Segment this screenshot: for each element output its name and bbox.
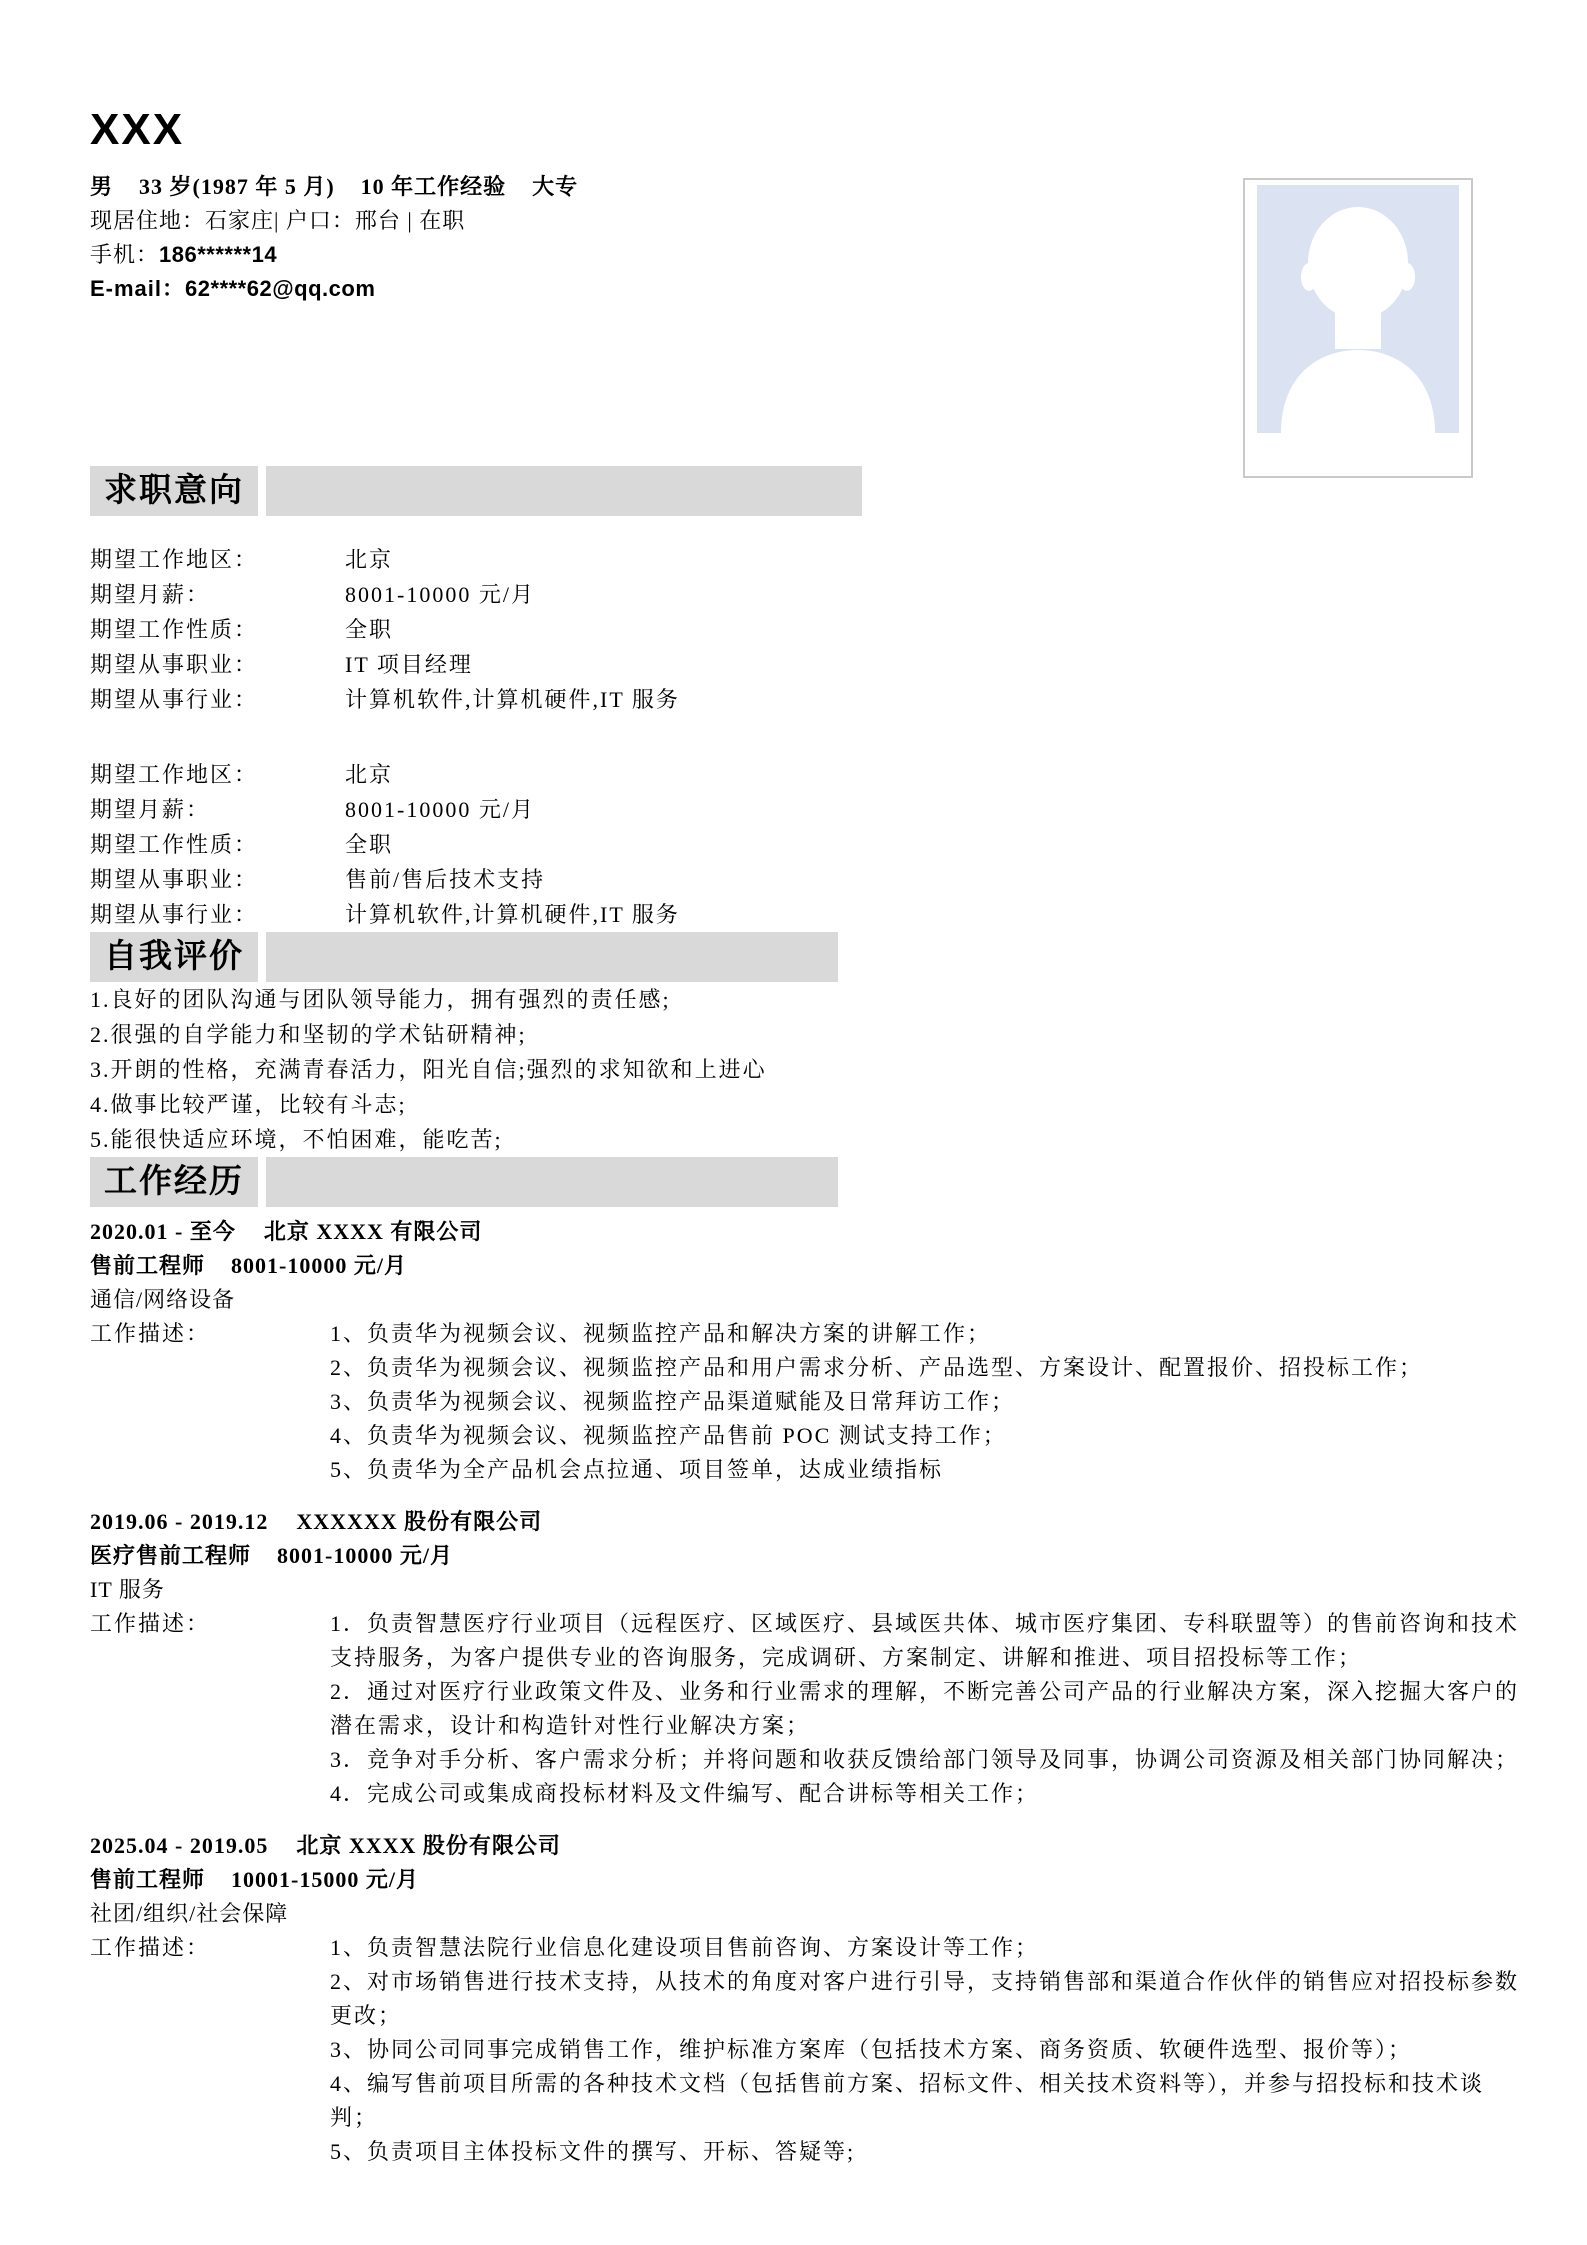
intent-value: 8001-10000 元/月 — [345, 582, 535, 607]
job-period: 2019.06 - 2019.12 — [90, 1509, 268, 1534]
job-period: 2020.01 - 至今 — [90, 1219, 236, 1244]
intent-row: 期望从事行业：计算机软件,计算机硬件,IT 服务 — [90, 897, 1522, 932]
intent-value: 北京 — [345, 762, 393, 787]
email-label: E-mail： — [90, 276, 185, 301]
job-period-company: 2020.01 - 至今北京 XXXX 有限公司 — [90, 1215, 1522, 1249]
job-duty: 3、协同公司同事完成销售工作，维护标准方案库（包括技术方案、商务资质、软硬件选型… — [330, 2033, 1522, 2067]
section-title-work-experience: 工作经历 — [90, 1157, 258, 1207]
intent-row: 期望工作地区：北京 — [90, 757, 1522, 792]
job-description: 工作描述： 1．负责智慧医疗行业项目（远程医疗、区域医疗、县域医共体、城市医疗集… — [90, 1607, 1522, 1811]
job-period: 2025.04 - 2019.05 — [90, 1833, 268, 1858]
candidate-name: XXX — [90, 106, 1522, 154]
job-duty: 1．负责智慧医疗行业项目（远程医疗、区域医疗、县域医共体、城市医疗集团、专科联盟… — [330, 1607, 1522, 1675]
phone-value: 186******14 — [159, 242, 277, 267]
job-description: 工作描述： 1、负责智慧法院行业信息化建设项目售前咨询、方案设计等工作； 2、对… — [90, 1931, 1522, 2169]
job-duty: 5、负责项目主体投标文件的撰写、开标、答疑等; — [330, 2135, 1522, 2169]
phone-label: 手机： — [90, 242, 159, 267]
intent-row: 期望工作性质：全职 — [90, 827, 1522, 862]
intent-row: 期望工作地区：北京 — [90, 542, 1522, 577]
job-industry: 通信/网络设备 — [90, 1283, 1522, 1317]
photo-background — [1257, 185, 1459, 433]
intent-label: 期望从事职业： — [90, 647, 345, 682]
person-silhouette-icon — [1257, 185, 1459, 433]
intent-label: 期望从事职业： — [90, 862, 345, 897]
job-duties: 1、负责华为视频会议、视频监控产品和解决方案的讲解工作； 2、负责华为视频会议、… — [330, 1317, 1522, 1487]
section-title-self-evaluation: 自我评价 — [90, 932, 258, 982]
section-header-work-experience: 工作经历 — [90, 1157, 838, 1207]
intent-label: 期望工作性质： — [90, 612, 345, 647]
intent-value: 8001-10000 元/月 — [345, 797, 535, 822]
job-duty: 3、负责华为视频会议、视频监控产品渠道赋能及日常拜访工作； — [330, 1385, 1522, 1419]
job-duty: 3．竞争对手分析、客户需求分析；并将问题和收获反馈给部门领导及同事，协调公司资源… — [330, 1743, 1522, 1777]
self-evaluation-item: 1.良好的团队沟通与团队领导能力，拥有强烈的责任感; — [90, 982, 1522, 1017]
intent-value: 全职 — [345, 617, 393, 642]
self-evaluation-item: 4.做事比较严谨，比较有斗志; — [90, 1087, 1522, 1122]
self-evaluation-item: 2.很强的自学能力和坚韧的学术钻研精神; — [90, 1017, 1522, 1052]
job-duty: 4、编写售前项目所需的各种技术文档（包括售前方案、招标文件、相关技术资料等），并… — [330, 2067, 1522, 2135]
section-header-self-evaluation: 自我评价 — [90, 932, 838, 982]
intent-value: 计算机软件,计算机硬件,IT 服务 — [345, 687, 680, 712]
job-duty: 4、负责华为视频会议、视频监控产品售前 POC 测试支持工作； — [330, 1419, 1522, 1453]
job-intent-block-1: 期望工作地区：北京 期望月薪：8001-10000 元/月 期望工作性质：全职 … — [90, 542, 1522, 717]
intent-row: 期望月薪：8001-10000 元/月 — [90, 577, 1522, 612]
job-salary: 10001-15000 元/月 — [231, 1867, 419, 1892]
intent-label: 期望工作性质： — [90, 827, 345, 862]
job-period-company: 2019.06 - 2019.12XXXXXX 股份有限公司 — [90, 1505, 1522, 1539]
job-duties: 1．负责智慧医疗行业项目（远程医疗、区域医疗、县域医共体、城市医疗集团、专科联盟… — [330, 1607, 1522, 1811]
job-duty: 5、负责华为全产品机会点拉通、项目签单，达成业绩指标 — [330, 1453, 1522, 1487]
intent-row: 期望从事职业：售前/售后技术支持 — [90, 862, 1522, 897]
section-header-bar — [266, 1157, 838, 1207]
intent-value: 售前/售后技术支持 — [345, 867, 545, 892]
intent-value: 全职 — [345, 832, 393, 857]
job-duty: 2、负责华为视频会议、视频监控产品和用户需求分析、产品选型、方案设计、配置报价、… — [330, 1351, 1522, 1385]
job-industry: 社团/组织/社会保障 — [90, 1897, 1522, 1931]
job-title-salary: 售前工程师8001-10000 元/月 — [90, 1249, 1522, 1283]
intent-value: IT 项目经理 — [345, 652, 473, 677]
job-duty: 2．通过对医疗行业政策文件及、业务和行业需求的理解，不断完善公司产品的行业解决方… — [330, 1675, 1522, 1743]
job-intent-block-2: 期望工作地区：北京 期望月薪：8001-10000 元/月 期望工作性质：全职 … — [90, 757, 1522, 932]
job-title-salary: 售前工程师10001-15000 元/月 — [90, 1863, 1522, 1897]
job-duty: 2、对市场销售进行技术支持，从技术的角度对客户进行引导，支持销售部和渠道合作伙伴… — [330, 1965, 1522, 2033]
self-evaluation-list: 1.良好的团队沟通与团队领导能力，拥有强烈的责任感; 2.很强的自学能力和坚韧的… — [90, 982, 1522, 1157]
job-salary: 8001-10000 元/月 — [277, 1543, 453, 1568]
job-salary: 8001-10000 元/月 — [231, 1253, 407, 1278]
intent-row: 期望从事职业：IT 项目经理 — [90, 647, 1522, 682]
intent-row: 期望工作性质：全职 — [90, 612, 1522, 647]
self-evaluation-item: 3.开朗的性格，充满青春活力，阳光自信;强烈的求知欲和上进心 — [90, 1052, 1522, 1087]
job-duty: 1、负责华为视频会议、视频监控产品和解决方案的讲解工作； — [330, 1317, 1522, 1351]
job-description-label: 工作描述： — [90, 1931, 330, 2169]
resume-page: { "page": { "background": "#ffffff", "te… — [0, 0, 1587, 2245]
email-value: 62****62@qq.com — [185, 276, 375, 301]
photo-placeholder — [1243, 178, 1473, 478]
section-header-job-intent: 求职意向 — [90, 466, 862, 516]
intent-value: 计算机软件,计算机硬件,IT 服务 — [345, 902, 680, 927]
job-company: XXXXXX 股份有限公司 — [296, 1509, 542, 1534]
job-entry-1: 2020.01 - 至今北京 XXXX 有限公司 售前工程师8001-10000… — [90, 1215, 1522, 1487]
job-description: 工作描述： 1、负责华为视频会议、视频监控产品和解决方案的讲解工作； 2、负责华… — [90, 1317, 1522, 1487]
job-company: 北京 XXXX 股份有限公司 — [296, 1833, 561, 1858]
job-industry: IT 服务 — [90, 1573, 1522, 1607]
job-entry-3: 2025.04 - 2019.05北京 XXXX 股份有限公司 售前工程师100… — [90, 1829, 1522, 2169]
job-title: 售前工程师 — [90, 1867, 205, 1892]
job-description-label: 工作描述： — [90, 1607, 330, 1811]
job-title: 医疗售前工程师 — [90, 1543, 251, 1568]
job-entry-2: 2019.06 - 2019.12XXXXXX 股份有限公司 医疗售前工程师80… — [90, 1505, 1522, 1811]
intent-row: 期望月薪：8001-10000 元/月 — [90, 792, 1522, 827]
job-duty: 1、负责智慧法院行业信息化建设项目售前咨询、方案设计等工作； — [330, 1931, 1522, 1965]
self-evaluation-item: 5.能很快适应环境，不怕困难，能吃苦; — [90, 1122, 1522, 1157]
section-header-bar — [266, 466, 862, 516]
job-duties: 1、负责智慧法院行业信息化建设项目售前咨询、方案设计等工作； 2、对市场销售进行… — [330, 1931, 1522, 2169]
section-header-bar — [266, 932, 838, 982]
job-description-label: 工作描述： — [90, 1317, 330, 1487]
job-duty: 4．完成公司或集成商投标材料及文件编写、配合讲标等相关工作； — [330, 1777, 1522, 1811]
intent-label: 期望月薪： — [90, 792, 345, 827]
job-title-salary: 医疗售前工程师8001-10000 元/月 — [90, 1539, 1522, 1573]
intent-label: 期望月薪： — [90, 577, 345, 612]
job-title: 售前工程师 — [90, 1253, 205, 1278]
job-period-company: 2025.04 - 2019.05北京 XXXX 股份有限公司 — [90, 1829, 1522, 1863]
job-company: 北京 XXXX 有限公司 — [264, 1219, 483, 1244]
section-title-job-intent: 求职意向 — [90, 466, 258, 516]
intent-value: 北京 — [345, 547, 393, 572]
intent-label: 期望工作地区： — [90, 757, 345, 792]
intent-label: 期望从事行业： — [90, 682, 345, 717]
intent-label: 期望从事行业： — [90, 897, 345, 932]
intent-label: 期望工作地区： — [90, 542, 345, 577]
intent-row: 期望从事行业：计算机软件,计算机硬件,IT 服务 — [90, 682, 1522, 717]
